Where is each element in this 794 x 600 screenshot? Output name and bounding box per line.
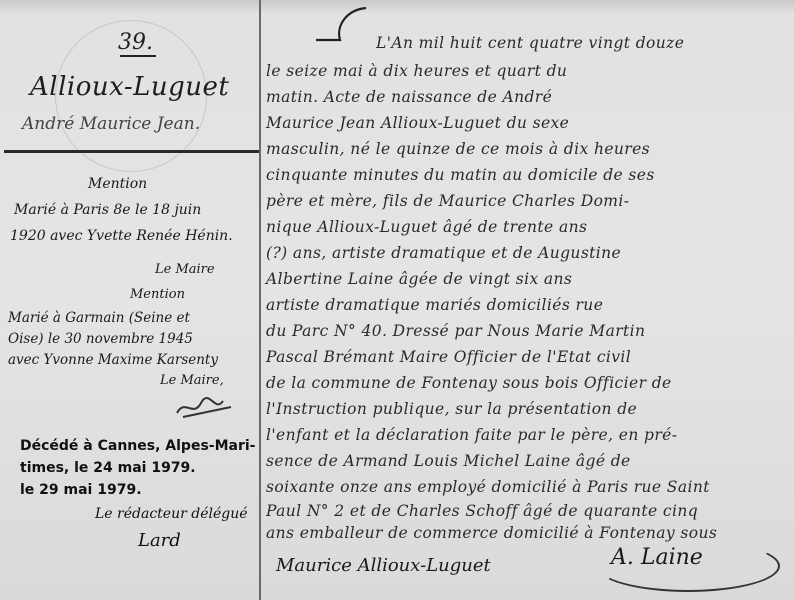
opening-flourish [306,6,386,55]
declarant-signature: Maurice Allioux-Luguet [276,555,491,576]
record-line: Paul N° 2 et de Charles Schoff âgé de qu… [266,502,698,520]
record-line: père et mère, fils de Maurice Charles Do… [266,192,629,210]
register-page: 39. Allioux-Luguet André Maurice Jean. M… [0,0,794,600]
signature-scrawl-icon [175,393,235,421]
record-line: le seize mai à dix heures et quart du [266,62,567,80]
act-number-underline [120,55,156,57]
marriage-note-2-signature [175,393,235,425]
record-line: de la commune de Fontenay sous bois Offi… [266,374,672,392]
record-line: L'An mil huit cent quatre vingt douze [376,34,684,52]
marriage-note-1-signer: Le Maire [155,262,215,277]
record-line: Albertine Laine âgée de vingt six ans [266,270,572,288]
death-note-signer: Le rédacteur délégué [95,506,248,522]
record-line: nique Allioux-Luguet âgé de trente ans [266,218,587,236]
record-line: masculin, né le quinze de ce mois à dix … [266,140,650,158]
record-body: L'An mil huit cent quatre vingt douze le… [266,0,794,600]
record-line: Maurice Jean Allioux-Luguet du sexe [266,114,569,132]
record-line: cinquante minutes du matin au domicile d… [266,166,655,184]
subject-surname: Allioux-Luguet [30,72,229,102]
death-note-line: times, le 24 mai 1979. [20,460,196,476]
subject-given-names: André Maurice Jean. [22,114,200,134]
record-line: ans emballeur de commerce domicilié à Fo… [266,524,717,542]
record-line: Pascal Brémant Maire Officier de l'Etat … [266,348,631,366]
marriage-note-2-signer: Le Maire, [160,373,224,388]
death-note-signature: Lard [138,530,181,551]
marriage-note-1-line: 1920 avec Yvette Renée Hénin. [10,228,233,244]
death-note-line: le 29 mai 1979. [20,482,142,498]
margin-rule [4,150,259,153]
marriage-note-2-line: Oise) le 30 novembre 1945 [8,331,193,347]
margin-column: 39. Allioux-Luguet André Maurice Jean. M… [0,0,258,600]
marriage-note-1-mention: Mention [88,176,147,192]
record-line: l'Instruction publique, sur la présentat… [266,400,637,418]
record-line: artiste dramatique mariés domiciliés rue [266,296,603,314]
record-line: sence de Armand Louis Michel Laine âgé d… [266,452,631,470]
record-line: du Parc N° 40. Dressé par Nous Marie Mar… [266,322,645,340]
flourish-icon [306,6,386,46]
death-note-line: Décédé à Cannes, Alpes-Mari- [20,438,255,454]
column-divider [259,0,261,600]
record-line: soixante onze ans employé domicilié à Pa… [266,478,710,496]
witness-signature: A. Laine [611,545,703,570]
marriage-note-2-mention: Mention [130,287,185,302]
marriage-note-1-line: Marié à Paris 8e le 18 juin [14,202,201,218]
act-number: 39. [118,30,153,55]
marriage-note-2-line: avec Yvonne Maxime Karsenty [8,352,218,368]
record-line: (?) ans, artiste dramatique et de August… [266,244,621,262]
marriage-note-2-line: Marié à Garmain (Seine et [8,310,190,326]
record-line: matin. Acte de naissance de André [266,88,552,106]
record-line: l'enfant et la déclaration faite par le … [266,426,677,444]
